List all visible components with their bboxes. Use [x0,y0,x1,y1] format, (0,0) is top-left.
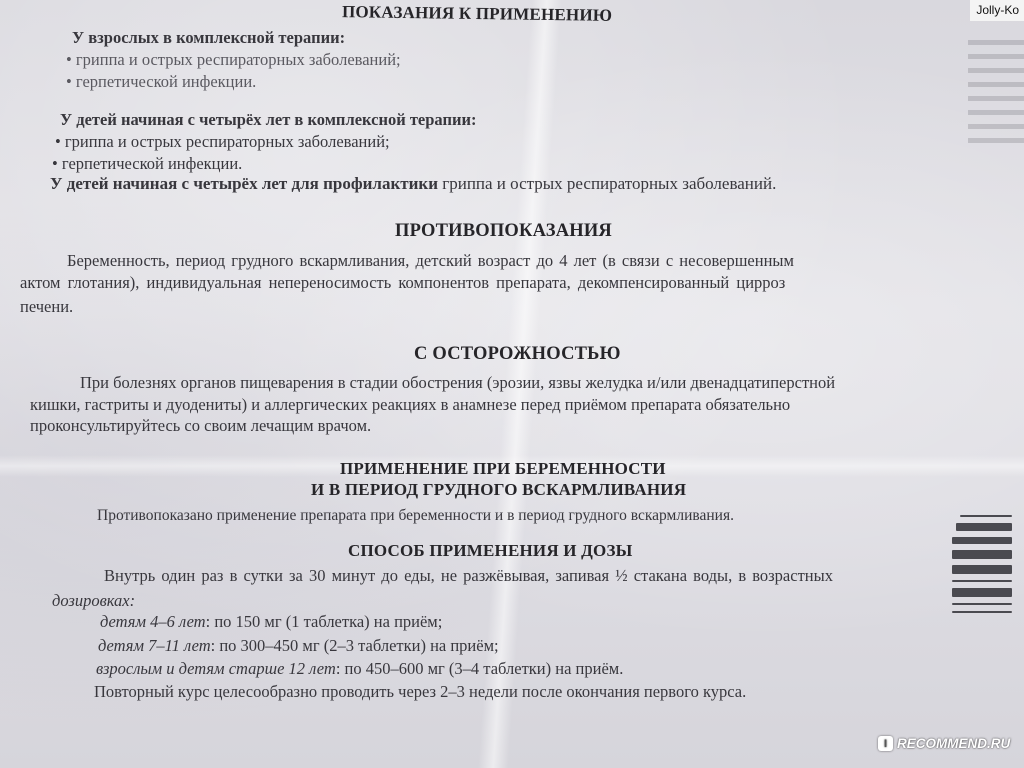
dose-amount: : по 450–600 мг (3–4 таблетки) на приём. [336,659,624,678]
section-title-pregnancy-line1: ПРИМЕНЕНИЕ ПРИ БЕРЕМЕННОСТИ [340,459,666,479]
list-item-text: герпетической инфекции. [62,154,242,173]
dose-row: взрослым и детям старше 12 лет: по 450–6… [96,659,623,679]
dose-row: детям 7–11 лет: по 300–450 мг (2–3 табле… [98,636,499,656]
section-title-caution: С ОСТОРОЖНОСТЬЮ [414,344,621,365]
dosage-intro-line1: Внутрь один раз в сутки за 30 минут до е… [104,566,833,586]
list-item: • герпетической инфекции. [52,154,242,174]
paragraph-line: печени. [20,297,73,317]
paragraph-line: Беременность, период грудного вскармлива… [67,251,794,271]
prophylaxis-line: У детей начиная с четырёх лет для профил… [50,174,776,194]
dose-amount: : по 150 мг (1 таблетка) на приём; [206,612,443,631]
dose-group: взрослым и детям старше 12 лет [96,659,336,678]
section-title-dosage: СПОСОБ ПРИМЕНЕНИЯ И ДОЗЫ [348,541,633,561]
bleed-through-marks [968,40,1024,152]
paragraph-line: При болезнях органов пищеварения в стади… [80,373,835,393]
list-item: • гриппа и острых респираторных заболева… [66,50,401,70]
children-heading: У детей начиная с четырёх лет в комплекс… [60,110,476,130]
dosage-intro-line2: дозировках: [52,591,135,611]
list-item: • гриппа и острых респираторных заболева… [55,132,390,152]
dose-row: детям 4–6 лет: по 150 мг (1 таблетка) на… [100,612,442,632]
list-item-text: гриппа и острых респираторных заболевани… [65,132,390,151]
prophylaxis-rest: гриппа и острых респираторных заболевани… [438,174,776,193]
section-title-pregnancy-line2: И В ПЕРИОД ГРУДНОГО ВСКАРМЛИВАНИЯ [311,480,686,500]
dosage-repeat-course: Повторный курс целесообразно проводить ч… [94,682,746,702]
prophylaxis-bold: У детей начиная с четырёх лет для профил… [50,174,438,193]
section-title-indications: ПОКАЗАНИЯ К ПРИМЕНЕНИЮ [342,2,612,26]
dose-amount: : по 300–450 мг (2–3 таблетки) на приём; [211,636,499,655]
list-item: • герпетической инфекции. [66,72,256,92]
paragraph-line: актом глотания), индивидуальная неперено… [20,273,785,293]
pregnancy-text: Противопоказано применение препарата при… [97,507,734,525]
section-title-contraindications: ПРОТИВОПОКАЗАНИЯ [395,221,612,242]
site-watermark: I RECOMMEND.RU [878,736,1010,751]
author-watermark: Jolly-Ko [970,0,1024,21]
adults-heading: У взрослых в комплексной терапии: [72,28,345,48]
print-registration-bars [952,515,1012,619]
paragraph-line: кишки, гастриты и дуодениты) и аллергиче… [30,395,790,415]
dose-group: детям 7–11 лет [98,636,211,655]
paragraph-line: проконсультируйтесь со своим лечащим вра… [30,416,371,436]
site-watermark-text: RECOMMEND.RU [897,736,1010,751]
list-item-text: герпетической инфекции. [76,72,256,91]
dose-group: детям 4–6 лет [100,612,206,631]
irecommend-logo-icon: I [878,736,893,751]
list-item-text: гриппа и острых респираторных заболевани… [76,50,401,69]
